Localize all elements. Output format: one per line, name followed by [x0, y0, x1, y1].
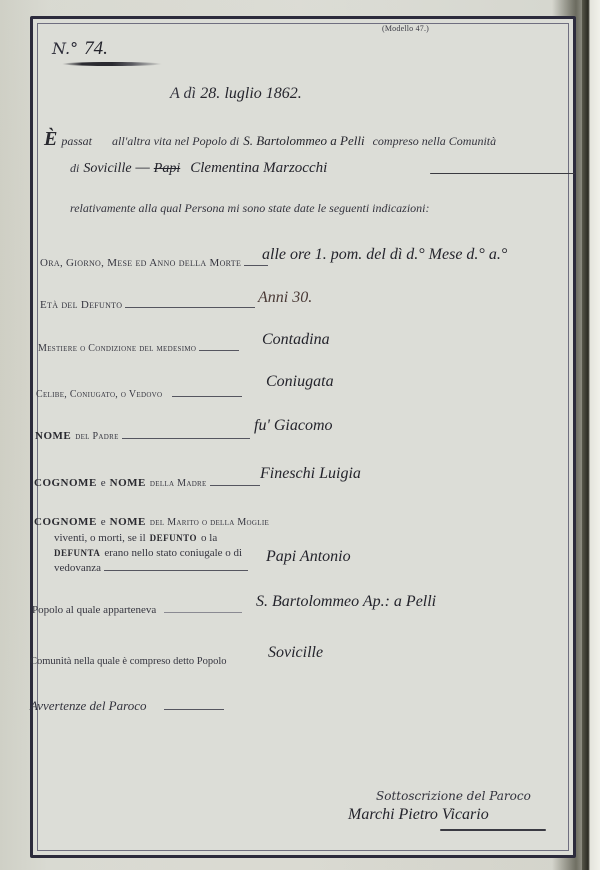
field-label-bold: COGNOME: [34, 477, 97, 489]
intro-line-1: È passat all'altra vita nel Popolo di S.…: [44, 128, 496, 151]
priest-signature: Marchi Pietro Vicario: [348, 806, 489, 824]
field-label-line-4: vedovanza: [54, 562, 101, 574]
field-death-datetime: Ora, Giorno, Mese ed Anno della Morte: [40, 253, 268, 271]
date-line: A dì 28. luglio 1862.: [170, 83, 302, 103]
field-parish: Popolo al quale apparteneva: [32, 600, 242, 618]
field-value-father-name: fu' Giacomo: [254, 417, 333, 435]
field-label-bold: COGNOME: [34, 516, 97, 528]
field-label: Popolo al quale apparteneva: [32, 604, 156, 616]
date-month-year: luglio 1862.: [224, 85, 301, 102]
field-label: Celibe, Coniugato, o Vedovo: [36, 389, 162, 400]
field-value-spouse-name: Papi Antonio: [266, 548, 351, 566]
number-value: 74.: [84, 38, 108, 59]
field-label-bold-2: NOME: [110, 477, 146, 489]
signature-caption: Sottoscrizione del Paroco: [376, 789, 531, 803]
field-label-line-3: erano nello stato coniugale o di: [104, 547, 242, 559]
deceased-name: Clementina Marzocchi: [190, 160, 327, 176]
date-prefix: A dì: [170, 85, 196, 102]
name-fill-line: [430, 173, 575, 174]
field-label-bold-2: NOME: [110, 516, 146, 528]
field-label: Mestiere o Condizione del medesimo: [38, 343, 196, 354]
field-label: Età del Defunto: [40, 299, 122, 311]
field-mother-name: COGNOME e NOME della Madre: [34, 473, 260, 491]
intro-passat: passat: [61, 134, 92, 148]
field-label: Avvertenze del Paroco: [30, 698, 146, 713]
book-binding-edge: [582, 0, 600, 870]
struck-name: Papi: [154, 161, 180, 176]
intro-dash: —: [136, 159, 150, 176]
field-value-marital-status: Coniugata: [266, 373, 334, 391]
form-model-label: (Modello 47.): [382, 24, 429, 33]
comunita-value: Sovicille: [83, 161, 131, 176]
intro-di: di: [70, 161, 79, 175]
intro-e: È: [44, 128, 57, 150]
field-label: Comunità nella quale è compreso detto Po…: [30, 656, 227, 667]
intro-text-3: relativamente alla qual Persona mi sono …: [70, 201, 430, 215]
field-value-parish: S. Bartolommeo Ap.: a Pelli: [256, 593, 436, 611]
field-label-line-2b: o la: [201, 532, 217, 544]
field-priest-notes: Avvertenze del Paroco: [30, 697, 224, 715]
popolo-value: S. Bartolommeo a Pelli: [243, 133, 364, 148]
field-value-age: Anni 30.: [258, 289, 312, 307]
field-label-bold: NOME: [35, 430, 71, 442]
field-label: Ora, Giorno, Mese ed Anno della Morte: [40, 257, 241, 269]
intro-text-2: compreso nella Comunità: [373, 134, 497, 148]
field-age: Età del Defunto: [40, 295, 255, 313]
field-label-bold-4: DEFUNTA: [54, 548, 100, 558]
field-label-mid: e: [101, 516, 106, 528]
field-community: Comunità nella quale è compreso detto Po…: [30, 651, 227, 669]
field-father-name: NOME del Padre: [35, 426, 250, 444]
record-number: N.°74.: [52, 38, 108, 60]
decorative-swash: [62, 62, 162, 66]
field-value-occupation: Contadina: [262, 331, 330, 349]
field-value-death-datetime: alle ore 1. pom. del dì d.° Mese d.° a.°: [262, 246, 507, 264]
field-label: della Madre: [150, 478, 207, 489]
intro-line-3: relativamente alla qual Persona mi sono …: [70, 199, 430, 217]
field-spouse-name: COGNOME e NOME del Marito o della Moglie…: [34, 514, 254, 575]
intro-line-2: di Sovicille — Papi Clementina Marzocchi: [70, 159, 327, 177]
field-label-mid: e: [101, 477, 106, 489]
intro-text-1: all'altra vita nel Popolo di: [112, 134, 239, 148]
field-label: del Padre: [75, 431, 118, 442]
field-label-bold-3: DEFUNTO: [150, 533, 197, 543]
number-label: N.°: [52, 39, 78, 58]
field-value-community: Sovicille: [268, 644, 323, 662]
field-value-mother-name: Fineschi Luigia: [260, 465, 361, 483]
date-day: 28.: [200, 85, 220, 102]
field-occupation: Mestiere o Condizione del medesimo: [38, 338, 239, 356]
field-label: del Marito o della Moglie: [150, 517, 269, 528]
signature-flourish: [440, 829, 546, 831]
field-marital-status: Celibe, Coniugato, o Vedovo: [36, 384, 242, 402]
